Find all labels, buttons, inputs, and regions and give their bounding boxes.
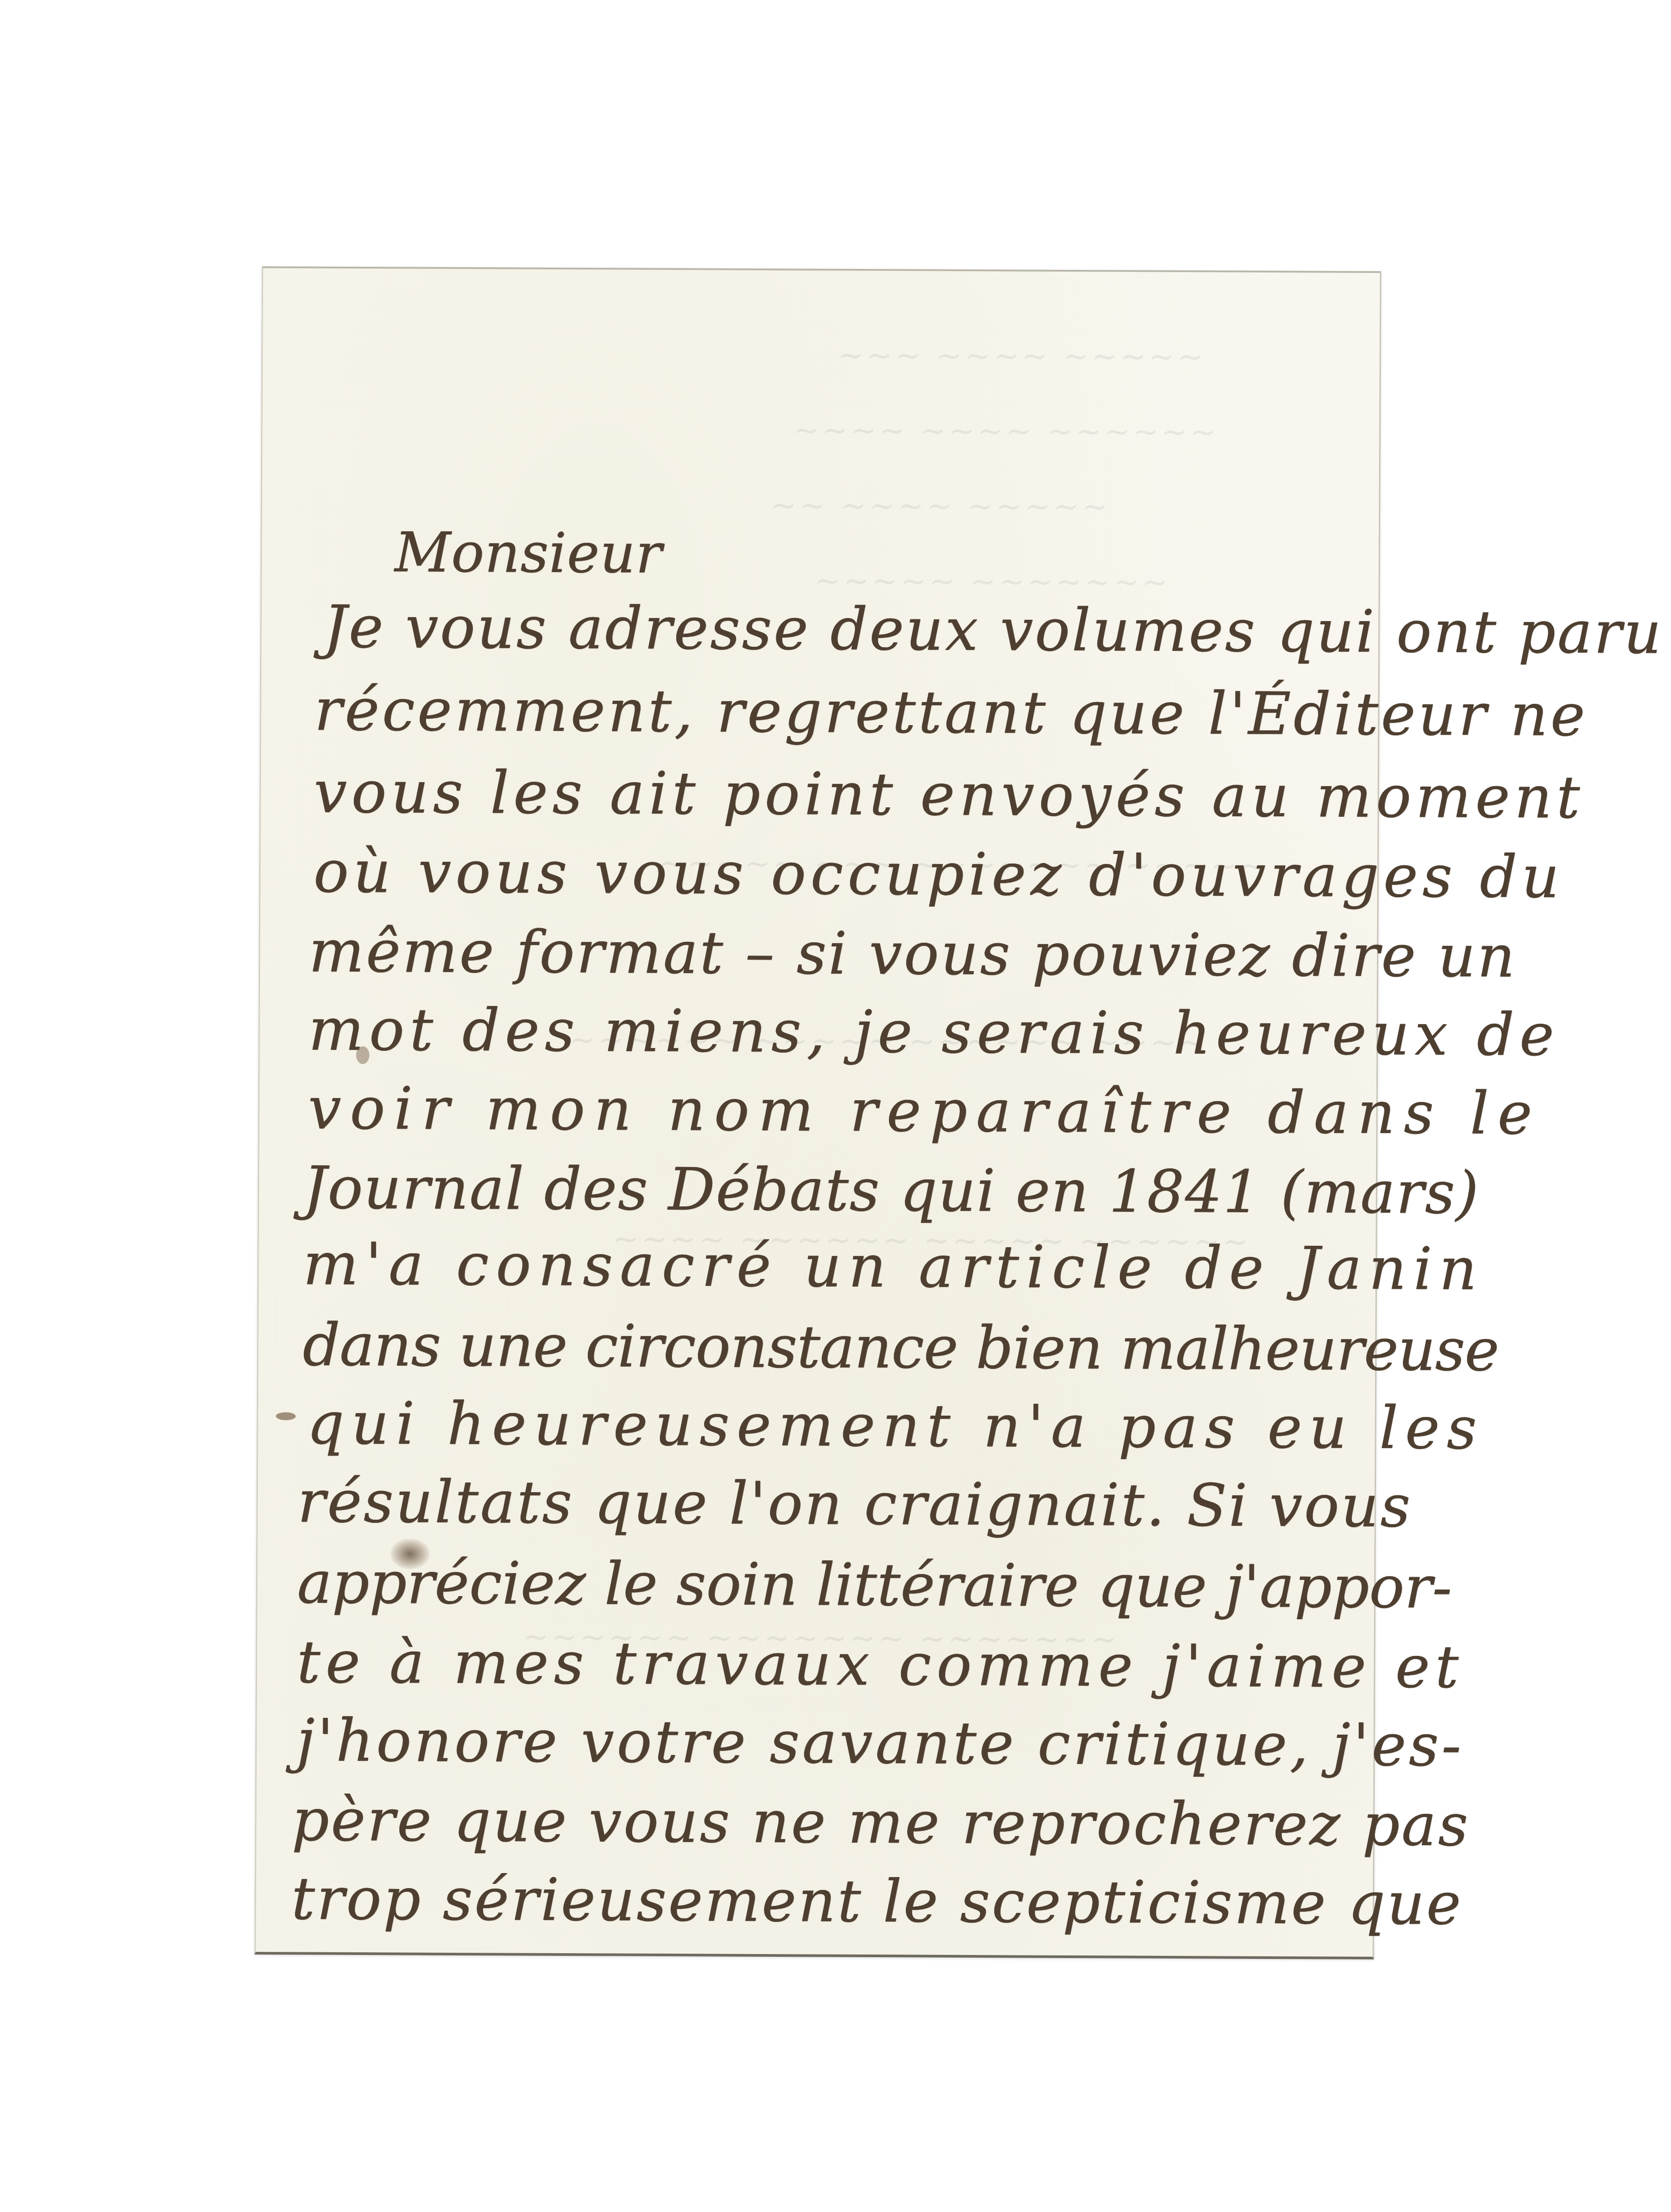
letter-line: mot des miens, je serais heureux de <box>308 1000 1560 1064</box>
letter-line: appréciez le soin littéraire que j'appor… <box>297 1553 1452 1617</box>
letter-paper: ∼∼∼ ∼∼∼∼ ∼∼∼∼∼ ∼∼∼∼ ∼∼∼∼ ∼∼∼∼∼∼ ∼∼ ∼∼∼∼ … <box>254 266 1381 1959</box>
bleed-through-texture: ∼∼∼ ∼∼∼∼ ∼∼∼∼∼ <box>838 337 1206 375</box>
letter-line: voir mon nom reparaître dans le <box>308 1079 1541 1143</box>
letter-line: m'a consacré un article de Janin <box>303 1235 1484 1298</box>
letter-line: Journal des Débats qui en 1841 (mars) <box>303 1159 1480 1222</box>
margin-ink-mark <box>276 1412 296 1420</box>
letter-line: trop sérieusement le scepticisme que <box>291 1870 1463 1933</box>
letter-line: dans une circonstance bien malheureuse <box>303 1316 1499 1379</box>
letter-line: résultats que l'on craignait. Si vous <box>298 1472 1413 1536</box>
letter-line: même format – si vous pouviez dire un <box>309 922 1517 986</box>
bleed-through-texture: ∼∼∼∼ ∼∼∼∼ ∼∼∼∼∼∼ <box>793 412 1219 450</box>
letter-line: vous les ait point envoyés au moment <box>314 763 1585 827</box>
bleed-through-texture: ∼∼ ∼∼∼∼ ∼∼∼∼∼ <box>770 487 1110 525</box>
letter-salutation: Monsieur <box>395 525 663 581</box>
letter-line: qui heureusement n'a pas eu les <box>307 1394 1484 1458</box>
ink-dot <box>356 1046 369 1064</box>
letter-line: récemment, regrettant que l'Éditeur ne <box>314 681 1588 745</box>
bleed-through-texture: ∼∼∼∼∼ ∼∼∼∼∼∼∼ <box>815 562 1170 600</box>
letter-line: j'honore votre savante critique, j'es- <box>296 1711 1464 1775</box>
letter-line: Je vous adresse deux volumes qui ont par… <box>323 598 1663 662</box>
letter-line: père que vous ne me reprocherez pas <box>291 1791 1470 1855</box>
ink-smudge <box>390 1538 430 1569</box>
letter-line: où vous vous occupiez d'ouvrages du <box>314 843 1564 906</box>
letter-line: te à mes travaux comme j'aime et <box>297 1633 1464 1697</box>
